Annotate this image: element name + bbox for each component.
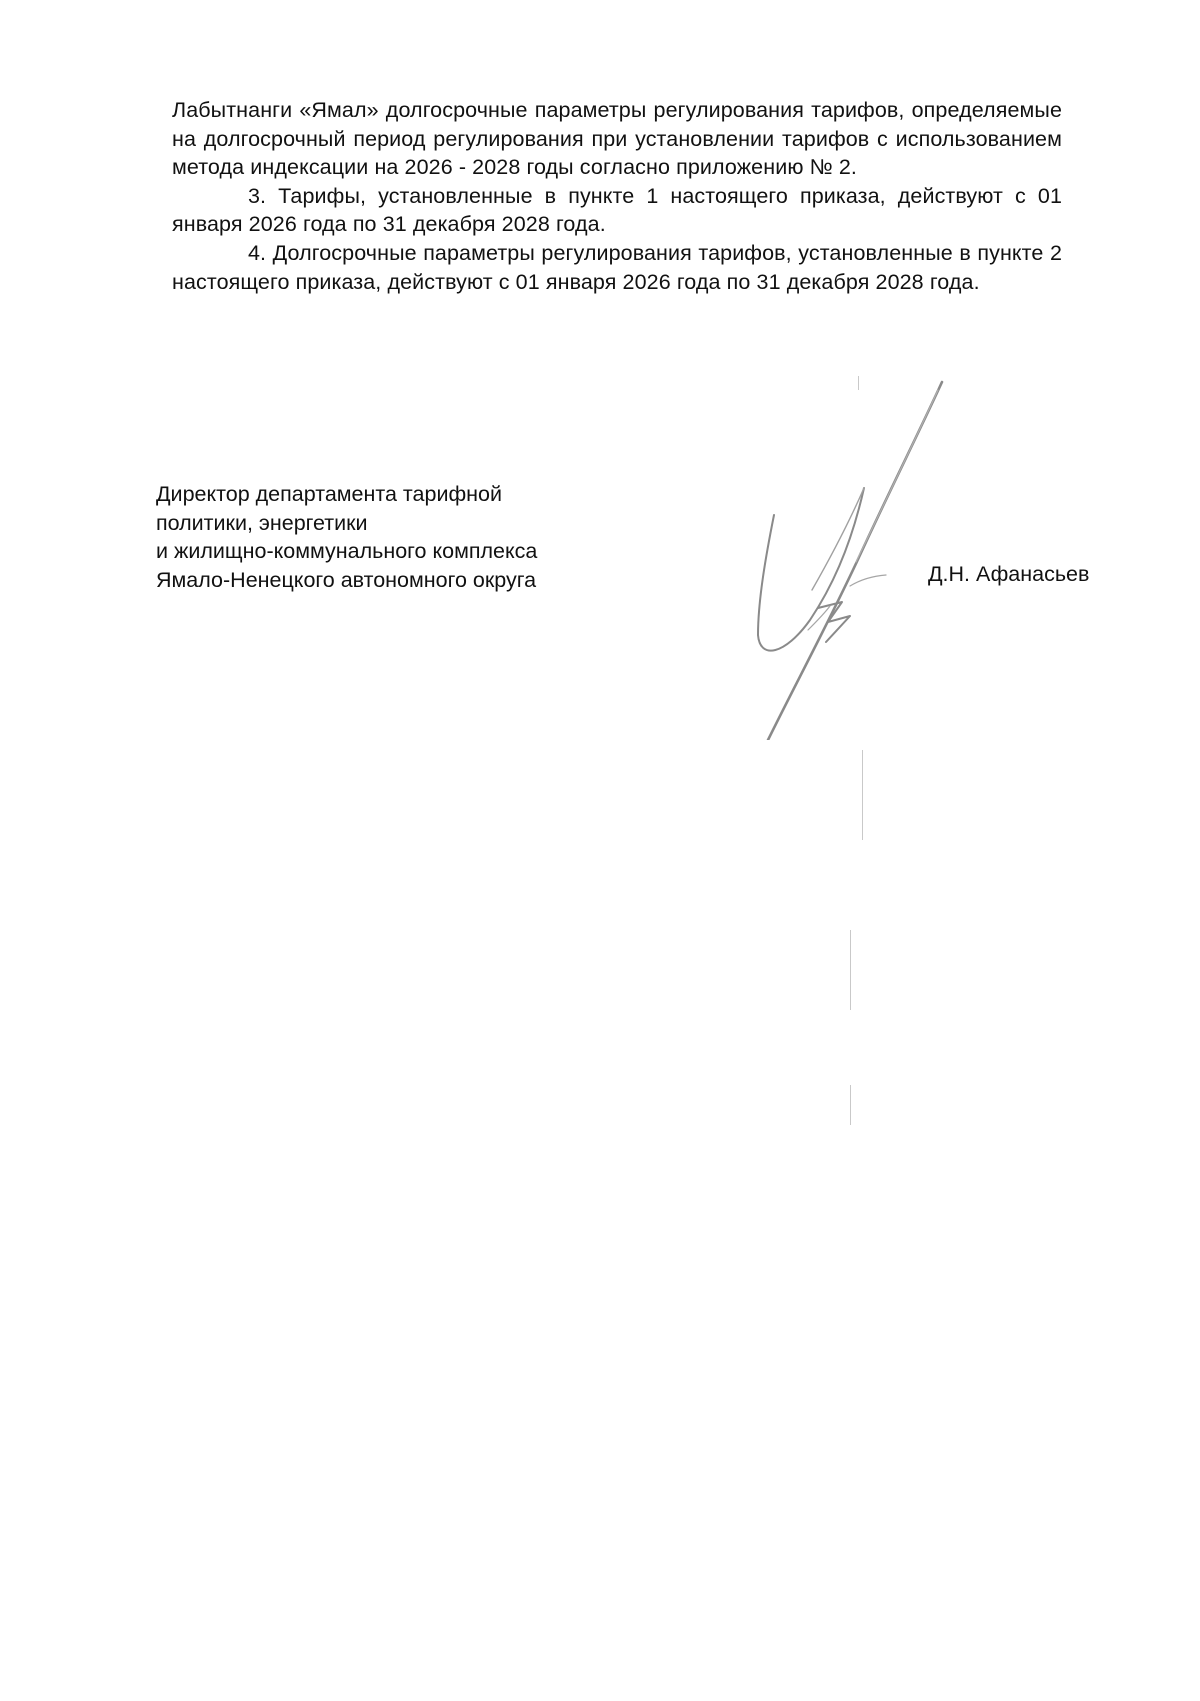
paragraph-continuation: Лабытнанги «Ямал» долгосрочные параметры… (172, 96, 1062, 182)
scan-artifact-line (850, 1085, 851, 1125)
signer-name: Д.Н. Афанасьев (928, 562, 1089, 587)
paragraph-item-3: 3. Тарифы, установленные в пункте 1 наст… (172, 182, 1062, 239)
position-line-4: Ямало-Ненецкого автономного округа (156, 566, 676, 595)
scan-artifact-line (850, 930, 851, 1010)
position-line-1: Директор департамента тарифной (156, 480, 676, 509)
scan-artifact-line (858, 376, 859, 390)
paragraph-item-4: 4. Долгосрочные параметры регулирования … (172, 239, 1062, 296)
position-line-2: политики, энергетики (156, 509, 676, 538)
scan-artifact-line (862, 750, 863, 840)
signatory-position: Директор департамента тарифной политики,… (156, 480, 676, 594)
document-body: Лабытнанги «Ямал» долгосрочные параметры… (172, 96, 1062, 296)
handwritten-signature-icon (700, 370, 1000, 740)
position-line-3: и жилищно-коммунального комплекса (156, 537, 676, 566)
document-page: Лабытнанги «Ямал» долгосрочные параметры… (0, 0, 1200, 1701)
